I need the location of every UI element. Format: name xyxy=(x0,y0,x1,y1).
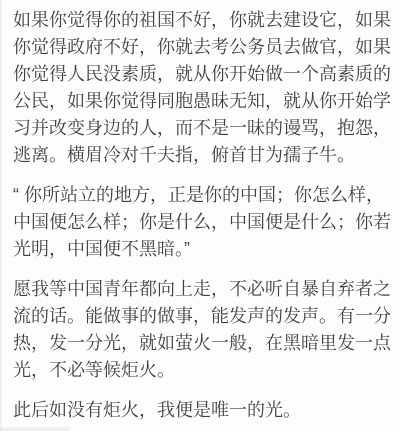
text-line: 中国便怎么样；你是什么，中国便是什么；你若 xyxy=(13,209,392,236)
paragraph-1: 如果你觉得你的祖国不好，你就去建设它，如果 你觉得政府不好，你就去考公务员去做官… xyxy=(13,7,392,169)
text-line: 愿我等中国青年都向上走，不必听自暴自弃者之 xyxy=(13,276,392,303)
text-line: 光，不必等候炬火。 xyxy=(13,357,392,384)
text-line: “ 你所站立的地方，正是你的中国；你怎么样， xyxy=(13,182,392,209)
text-line: 光明，中国便不黑暗。” xyxy=(13,236,392,263)
text-line: 公民，如果你觉得同胞愚昧无知，就从你开始学 xyxy=(13,88,392,115)
text-line: 如果你觉得你的祖国不好，你就去建设它，如果 xyxy=(13,7,392,34)
text-line: 你觉得人民没素质，就从你开始做一个高素质的 xyxy=(13,61,392,88)
bottom-edge-smudge xyxy=(0,426,70,431)
text-line: 热，发一分光，就如萤火一般，在黑暗里发一点 xyxy=(13,330,392,357)
text-line: 流的话。能做事的做事，能发声的发声。有一分 xyxy=(13,303,392,330)
text-line: 你觉得政府不好，你就去考公务员去做官，如果 xyxy=(13,34,392,61)
text-line: 逃离。横眉冷对千夫指，俯首甘为孺子牛。 xyxy=(13,142,392,169)
text-line: 此后如没有炬火，我便是唯一的光。 xyxy=(13,397,392,424)
text-line: 习并改变身边的人，而不是一昧的谩骂，抱怨， xyxy=(13,115,392,142)
paragraph-2-quote: “ 你所站立的地方，正是你的中国；你怎么样， 中国便怎么样；你是什么，中国便是什… xyxy=(13,182,392,263)
paragraph-4: 此后如没有炬火，我便是唯一的光。 xyxy=(13,397,392,424)
paragraph-3: 愿我等中国青年都向上走，不必听自暴自弃者之 流的话。能做事的做事，能发声的发声。… xyxy=(13,276,392,384)
quote-text-page: 如果你觉得你的祖国不好，你就去建设它，如果 你觉得政府不好，你就去考公务员去做官… xyxy=(0,0,400,431)
left-edge-shade xyxy=(0,0,3,431)
